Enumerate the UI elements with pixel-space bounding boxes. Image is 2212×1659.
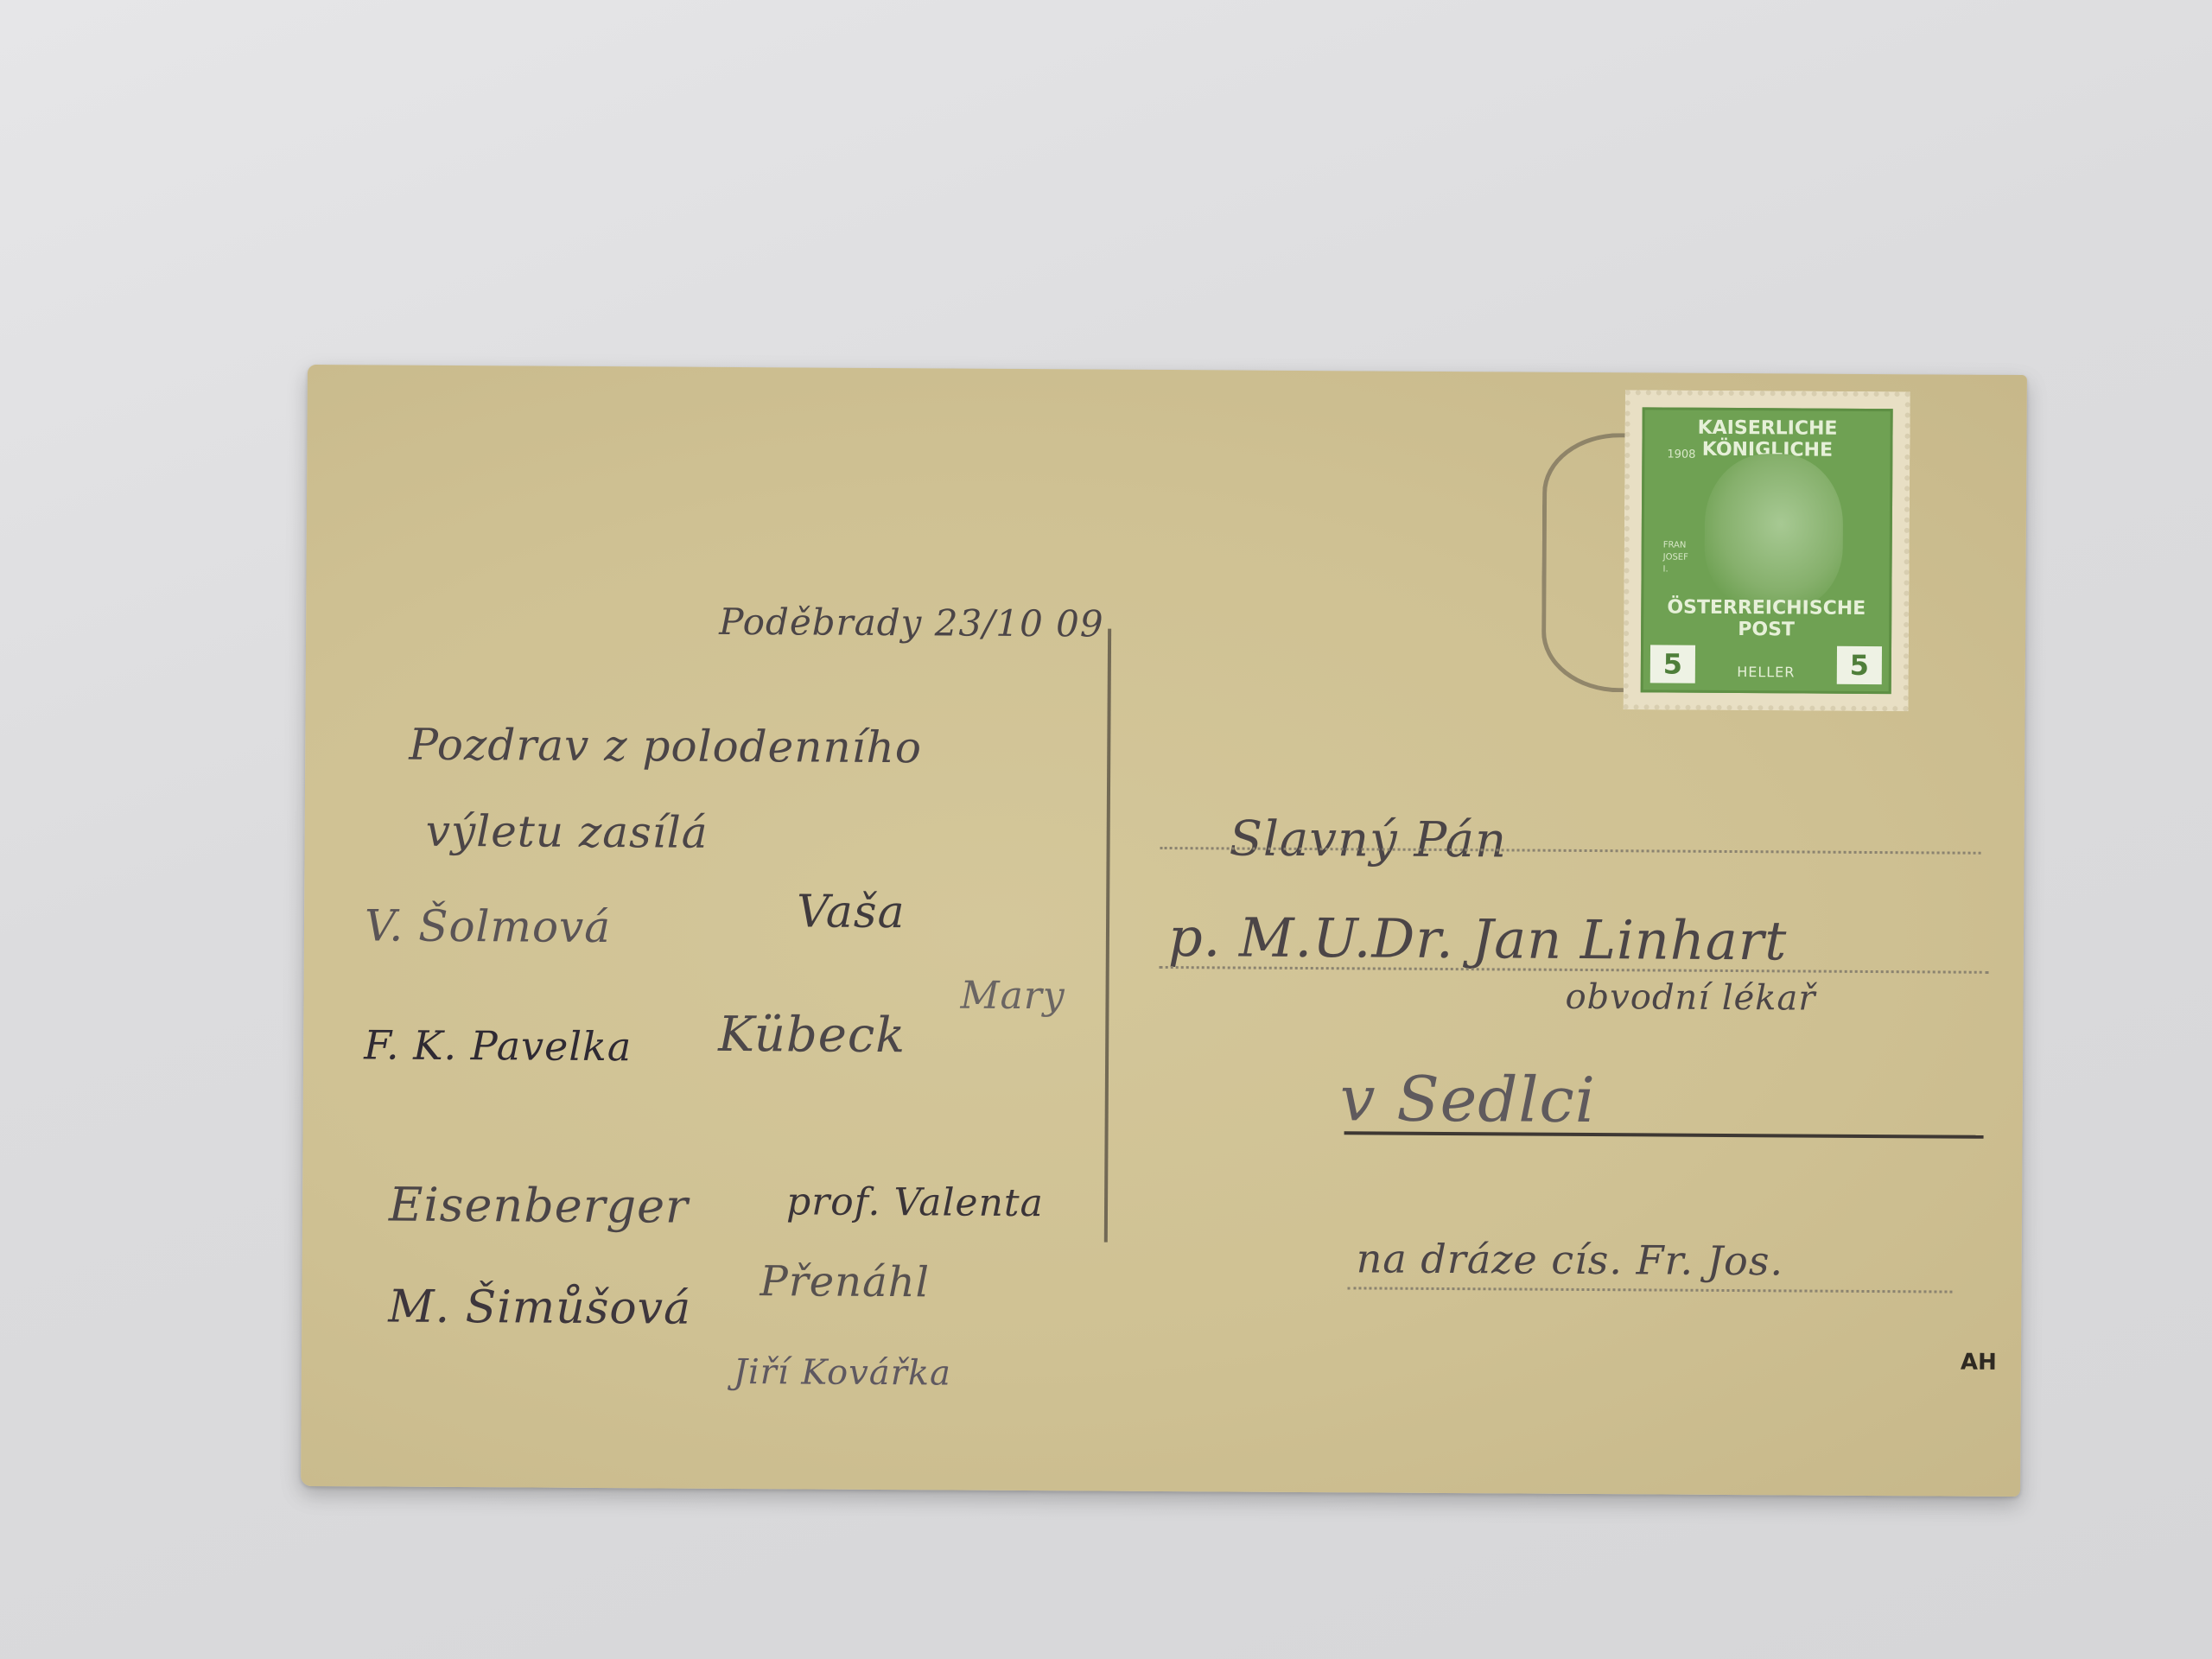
address-underline	[1344, 1131, 1984, 1139]
signature: V. Šolmová	[365, 900, 611, 952]
greeting-line-2: výletu zasílá	[426, 806, 709, 858]
signature: prof. Valenta	[786, 1179, 1044, 1225]
stamp-value-left: 5	[1650, 645, 1695, 683]
signature: F. K. Pavelka	[364, 1021, 632, 1070]
stamp-bottom-text: ÖSTERREICHISCHE POST	[1643, 596, 1889, 641]
address-dotted-line	[1347, 1287, 1952, 1293]
signature: Vaša	[797, 886, 906, 938]
date-line: Poděbrady 23/10 09	[719, 601, 1104, 645]
address-town: v Sedlci	[1340, 1062, 1596, 1136]
stamp-name-line: I.	[1663, 564, 1724, 576]
greeting-line-1: Pozdrav z polodenního	[409, 720, 922, 773]
signature: Přenáhl	[760, 1257, 930, 1306]
stamp-name: FRAN JOSEF I.	[1663, 540, 1724, 576]
stamp-name-line: FRAN	[1663, 540, 1724, 552]
address-salutation: Slavný Pán	[1229, 810, 1507, 868]
address-title: obvodní lékař	[1565, 977, 1815, 1019]
stamp-year: 1908	[1667, 448, 1695, 461]
stamp-name-line: JOSEF	[1663, 552, 1724, 564]
stamp-face: KAISERLICHE KÖNIGLICHE 1908 FRAN JOSEF I…	[1641, 407, 1893, 694]
stamp-value-right: 5	[1837, 646, 1882, 684]
postcard: KAISERLICHE KÖNIGLICHE 1908 FRAN JOSEF I…	[301, 365, 2027, 1497]
address-recipient: p. M.U.Dr. Jan Linhart	[1168, 906, 1788, 972]
address-railway: na dráze cís. Fr. Jos.	[1357, 1235, 1784, 1284]
signature: Kübeck	[718, 1007, 906, 1064]
stamp-currency: HELLER	[1704, 664, 1828, 681]
signature: Mary	[960, 974, 1065, 1019]
message-address-divider	[1104, 629, 1111, 1243]
signature: M. Šimůšová	[388, 1281, 691, 1335]
emperor-portrait-icon	[1704, 454, 1843, 610]
signature: Eisenberger	[389, 1178, 689, 1234]
signature: Jiří Kovářka	[734, 1352, 951, 1394]
postage-stamp: KAISERLICHE KÖNIGLICHE 1908 FRAN JOSEF I…	[1624, 390, 1910, 711]
printer-mark: AH	[1961, 1350, 1997, 1376]
